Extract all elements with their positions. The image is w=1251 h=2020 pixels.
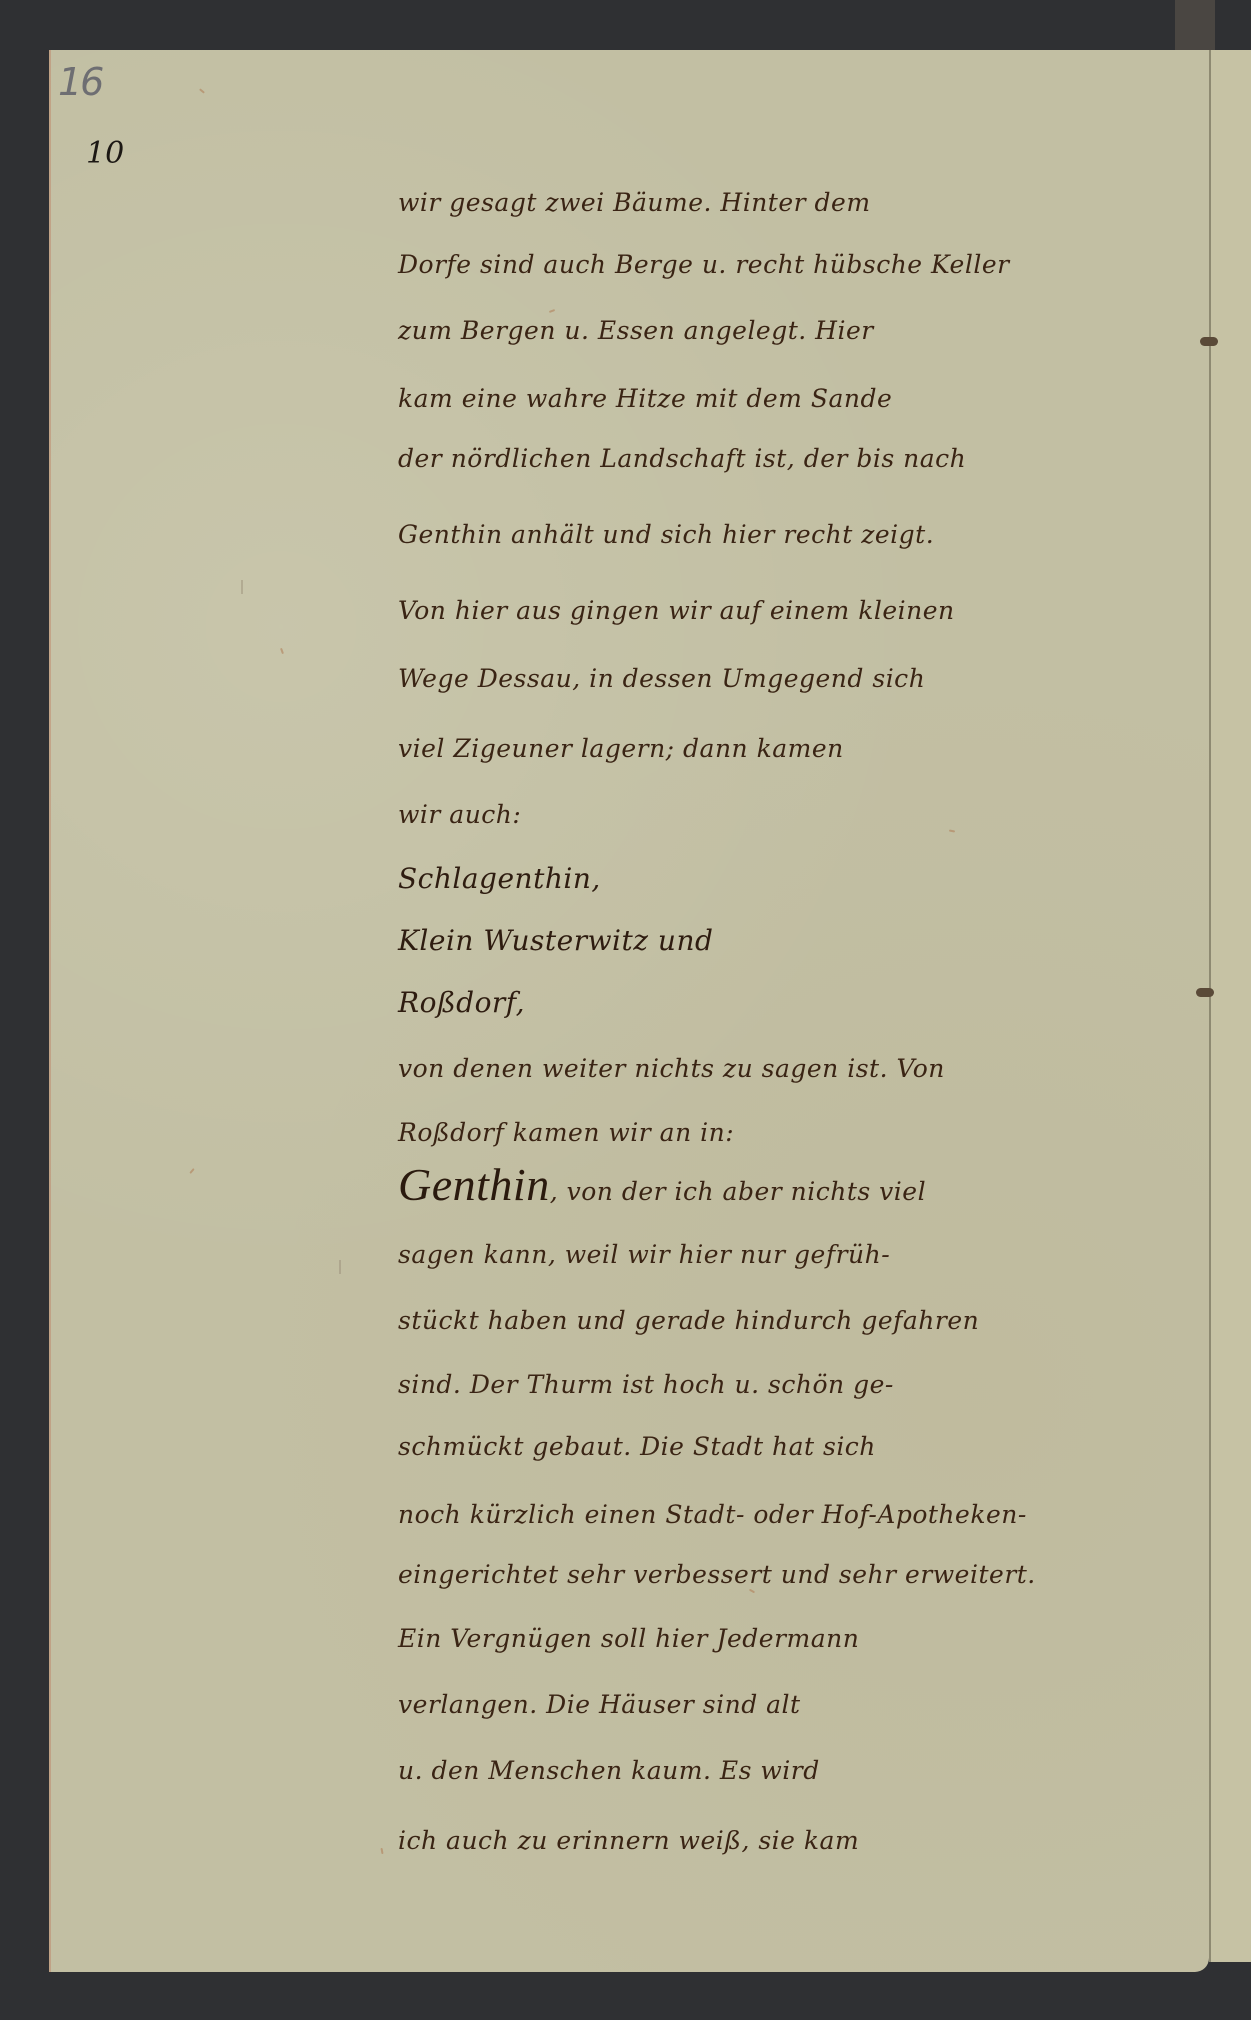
margin-mark (241, 580, 243, 594)
folio-number-ink: 10 (86, 136, 124, 171)
text-line: schmückt gebaut. Die Stadt hat sich (398, 1432, 876, 1461)
margin-mark (339, 1260, 341, 1274)
place-name-line: Roßdorf, (398, 986, 525, 1019)
text-line: der nördlichen Landschaft ist, der bis n… (398, 444, 966, 473)
text-line: wir auch: (398, 800, 521, 829)
paper-fleck (949, 829, 955, 832)
place-name-line: Schlagenthin, (398, 862, 601, 895)
text-line: viel Zigeuner lagern; dann kamen (398, 734, 844, 763)
text-line: kam eine wahre Hitze mit dem Sande (398, 384, 892, 413)
text-line: noch kürzlich einen Stadt- oder Hof-Apot… (398, 1500, 1027, 1529)
binding-spine (1175, 0, 1215, 52)
binding-stitch (1196, 988, 1214, 997)
paper-fleck (199, 88, 205, 93)
binding-stitch (1200, 337, 1218, 346)
text-line-genthin: Genthin, von der ich aber nichts viel (398, 1158, 926, 1211)
text-line: sind. Der Thurm ist hoch u. schön ge- (398, 1370, 894, 1399)
text-line-rest: , von der ich aber nichts viel (550, 1177, 926, 1206)
text-line: Dorfe sind auch Berge u. recht hübsche K… (398, 250, 1010, 279)
text-line: stückt haben und gerade hindurch gefahre… (398, 1306, 979, 1335)
text-line: wir gesagt zwei Bäume. Hinter dem (398, 188, 871, 217)
folio-number-pencil: 16 (58, 60, 102, 104)
text-line: Ein Vergnügen soll hier Jedermann (398, 1624, 859, 1653)
paper-fleck (189, 1168, 194, 1174)
text-line: zum Bergen u. Essen angelegt. Hier (398, 316, 874, 345)
text-line: Von hier aus gingen wir auf einem kleine… (398, 596, 955, 625)
place-name-line: Klein Wusterwitz und (398, 924, 713, 957)
text-line: ich auch zu erinnern weiß, sie kam (398, 1826, 859, 1855)
paper-fleck (749, 1589, 755, 1594)
text-line: u. den Menschen kaum. Es wird (398, 1756, 820, 1785)
text-line: Roßdorf kamen wir an in: (398, 1118, 734, 1147)
text-line: von denen weiter nichts zu sagen ist. Vo… (398, 1054, 945, 1083)
text-line: Genthin anhält und sich hier recht zeigt… (398, 520, 934, 549)
place-name-genthin: Genthin (398, 1159, 550, 1210)
paper-fleck (380, 1848, 383, 1854)
paper-fleck (549, 309, 555, 313)
text-line: verlangen. Die Häuser sind alt (398, 1690, 801, 1719)
paper-fleck (280, 648, 284, 654)
text-line: eingerichtet sehr verbessert und sehr er… (398, 1560, 1036, 1589)
text-line: Wege Dessau, in dessen Umgegend sich (398, 664, 925, 693)
text-line: sagen kann, weil wir hier nur gefrüh- (398, 1240, 890, 1269)
